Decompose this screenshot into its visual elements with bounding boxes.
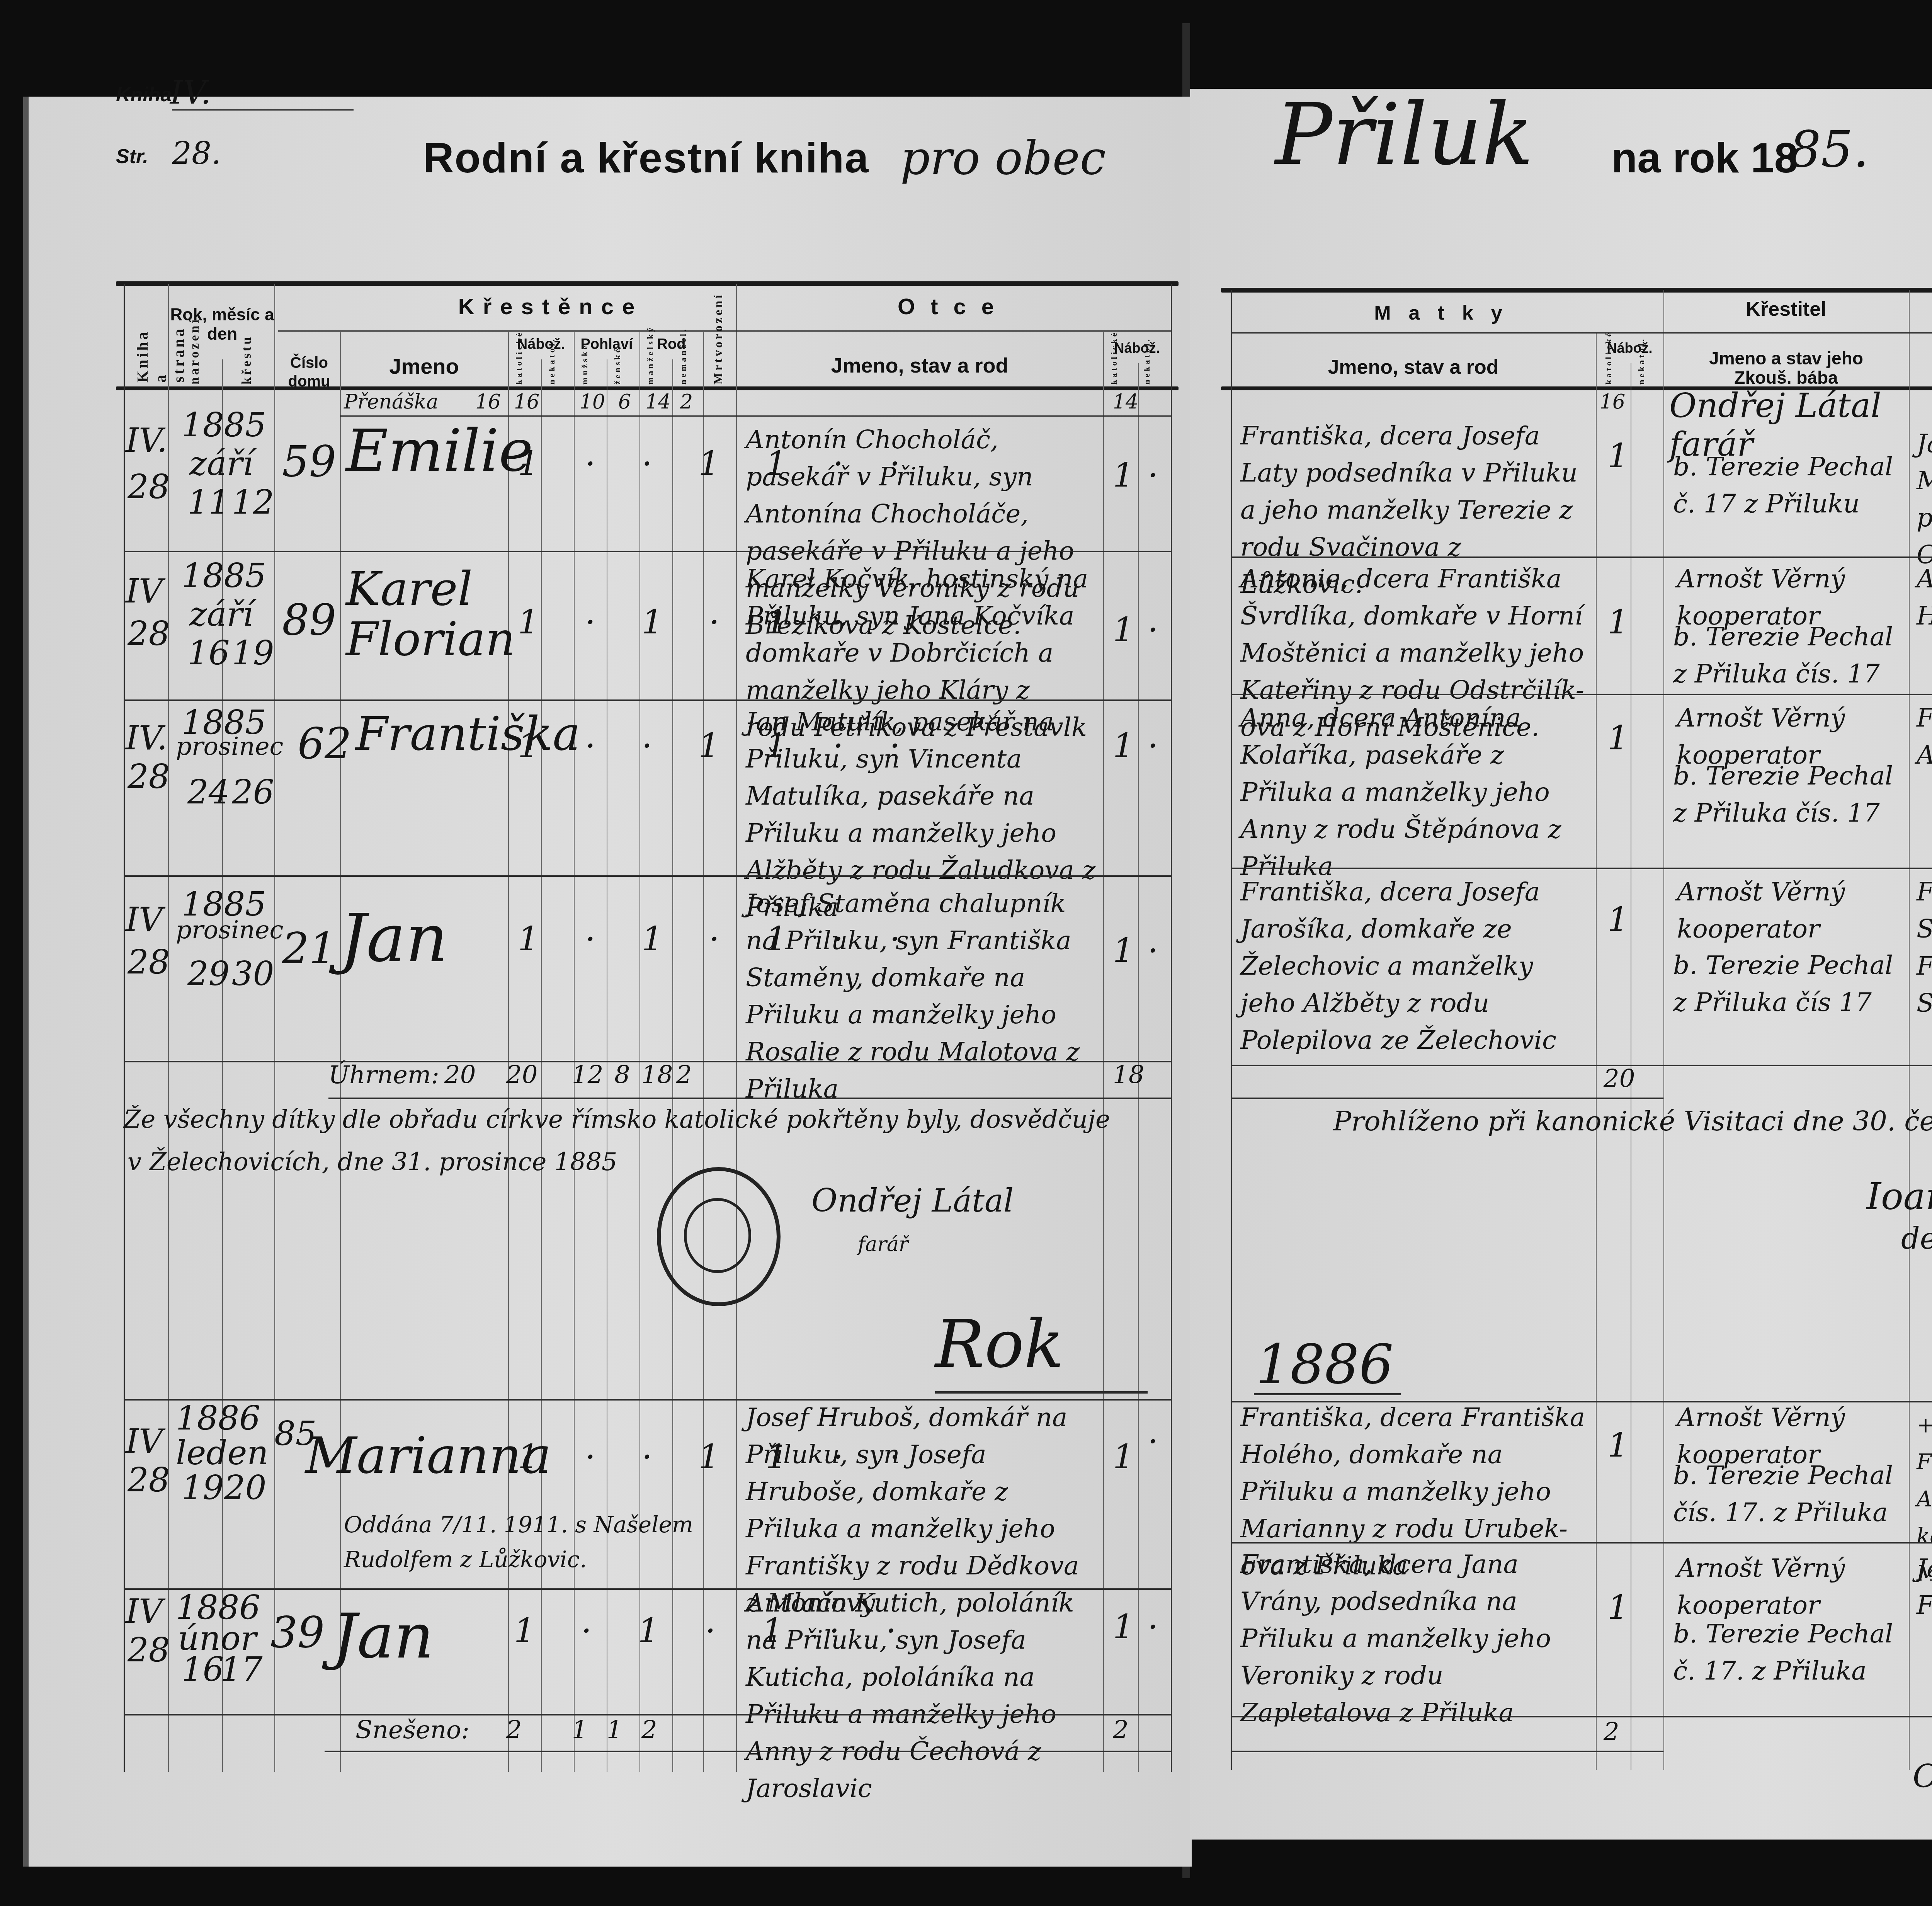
carryover-label: Přenáška — [344, 390, 438, 414]
row-divider — [124, 699, 1171, 701]
row-cislo: 59 — [282, 437, 336, 486]
header-krestitel-jmeno: Jmeno a stav jeho — [1663, 348, 1909, 369]
total-value: 20 — [506, 1061, 537, 1089]
total-label: Úhrnem: — [328, 1061, 439, 1089]
row-strana: 28 — [128, 468, 170, 506]
header-krestence: Křestěnce — [386, 294, 715, 320]
col-line — [1231, 290, 1232, 1770]
row-porodni-baba: b. Terezie Pechal č. 17. z Přiluka — [1673, 1615, 1905, 1690]
row-matka-kat: 1 — [1607, 900, 1629, 939]
attestation-line2: v Želechovicích, dne 31. prosince 1885 — [128, 1148, 617, 1176]
row-rok: 1886 — [176, 1399, 260, 1438]
row-kmotr: Antonín Houžva, Marie — [1917, 560, 1932, 635]
row-kniha: IV — [126, 572, 163, 611]
header-mrtvorozeni: Mrtvorození — [711, 336, 725, 385]
row-porodni-baba: b. Terezie Pechal z Přiluka čís. 17 — [1673, 757, 1905, 832]
row-kmotr: Franc Rychlík, Amalie — [1917, 699, 1932, 774]
col-line — [1171, 284, 1172, 1772]
attestation-line1: Že všechny dítky dle obřadu církve římsk… — [124, 1105, 1175, 1134]
carryover-value: 2 — [680, 390, 693, 414]
row-strana: 28 — [128, 1631, 170, 1669]
carryover-value: 14 — [645, 390, 671, 414]
col-line — [1596, 332, 1597, 1770]
row-otec-kat: 1 — [1113, 456, 1134, 495]
row-cislo: 39 — [270, 1608, 325, 1657]
kniha-underline — [172, 109, 354, 111]
total-rule — [328, 1098, 1171, 1099]
carryover-otce-kat: 14 — [1113, 390, 1138, 414]
header-krestitel: Křestitel — [1663, 298, 1909, 321]
year-underline — [1254, 1393, 1401, 1395]
str-label: Str. — [116, 145, 148, 168]
title-village-prefix: pro obec — [900, 131, 1106, 185]
page-title: Rodní a křestní kniha — [423, 133, 869, 182]
row-rok: 1885 — [182, 556, 266, 595]
row-strana: 28 — [128, 757, 170, 796]
row-krestu: 30 — [232, 955, 274, 993]
carryover-value: 10 — [580, 390, 605, 414]
row-krestu: 20 — [224, 1469, 266, 1507]
kniha-value: IV. — [170, 73, 211, 111]
row-narozeni: 19 — [182, 1469, 224, 1507]
row-divider — [1231, 694, 1932, 695]
row-cislo: 62 — [298, 719, 352, 768]
carryover-value: 6 — [618, 390, 631, 414]
header-muzske: mužské — [580, 363, 590, 385]
row-matka-kat: 1 — [1607, 437, 1629, 475]
row-kniha: IV — [126, 1592, 163, 1631]
row-krestitel: Arnošt Věrný kooperator — [1677, 873, 1901, 948]
row-porodni-baba: b. Terezie Pechal č. 17 z Přiluku — [1673, 448, 1905, 522]
row-cislo: 89 — [282, 595, 336, 645]
carry-forward-rule — [325, 1751, 1171, 1752]
carryover-value: 16 — [514, 390, 539, 414]
visitation-note: Prohlíženo při kanonické Visitaci dne 30… — [1333, 1105, 1932, 1137]
row-divider — [1231, 1065, 1932, 1066]
col-line — [1663, 290, 1664, 1770]
row-kniha: IV. — [126, 421, 167, 460]
year-hand: 85. — [1789, 120, 1869, 179]
total-otce-kat: 18 — [1113, 1061, 1144, 1089]
header-narozeni: narození — [187, 350, 202, 385]
row-strana: 28 — [128, 614, 170, 653]
total-value: 18 — [641, 1061, 673, 1089]
village-name: Přiluk — [1275, 85, 1534, 184]
parish-stamp — [657, 1167, 781, 1306]
header-rok-mesic-den: Rok, měsíc a den — [170, 305, 274, 344]
row-matka: Anna, dcera Antonína Kolaříka, pasekáře … — [1240, 699, 1588, 885]
row-otec-kat: 1 — [1113, 931, 1134, 970]
row-narozeni: 16 — [187, 634, 230, 672]
header-nemanzel: nemanžel. — [678, 363, 688, 385]
row-narozeni: 24 — [187, 773, 230, 812]
carry-forward-value: 1 — [607, 1716, 622, 1744]
carry-forward-rule — [1231, 1751, 1663, 1752]
rok-underline — [935, 1391, 1148, 1394]
header-nekatol: nekatol. — [547, 363, 557, 385]
header-cislo-domu: Číslo domu — [278, 354, 340, 391]
carryover-value: 16 — [475, 390, 501, 414]
row-strana: 28 — [128, 943, 170, 982]
row-kniha: IV. — [126, 719, 167, 757]
carry-forward-value: 1 — [572, 1716, 588, 1744]
col-line — [736, 284, 737, 1772]
row-krestu: 19 — [232, 634, 274, 672]
row-matka-kat: 1 — [1607, 1588, 1629, 1627]
header-katolicke: katolické — [514, 363, 524, 385]
header-krestu: křestu — [240, 350, 254, 385]
row-kniha: IV — [126, 900, 163, 939]
row-otec-nekat: · — [1148, 931, 1158, 970]
col-line — [168, 284, 169, 1772]
row-matka-kat: 1 — [1607, 719, 1629, 757]
pastor-signature: Ondřej Látal — [811, 1183, 1014, 1219]
row-otec: Josef Staměna chalupník na Přiluku, syn … — [746, 885, 1097, 1108]
row-narozeni: 29 — [187, 955, 230, 993]
carryover-matky-kat: 16 — [1600, 390, 1625, 414]
row-otec-kat: 1 — [1113, 611, 1134, 649]
header-otce: Otce — [736, 294, 1171, 320]
header-kmotru: Kmotrův — [1909, 301, 1932, 325]
row-krestu: 12 — [232, 483, 274, 522]
row-otec-kat: 1 — [1113, 727, 1134, 765]
row-otec-kat: 1 — [1113, 1608, 1134, 1646]
row-divider — [124, 551, 1171, 552]
col-line — [274, 284, 275, 1772]
row-cislo: 21 — [282, 924, 336, 973]
row-kmotr: Jan Halda, Františka — [1917, 1550, 1932, 1624]
str-value: 28. — [172, 135, 221, 171]
row-kmotr: František Strnadel, Františka Strnadel — [1917, 873, 1932, 1022]
subheader-rule — [1231, 332, 1932, 334]
row-matka-kat: 1 — [1607, 603, 1629, 642]
carry-forward-otce-kat: 2 — [1113, 1716, 1129, 1744]
header-zenske: ženské — [612, 363, 622, 385]
header-matky-katolicke: katolické — [1604, 363, 1614, 385]
year-printed: na rok 18 — [1611, 133, 1798, 182]
row-narozeni: 16 — [182, 1650, 224, 1689]
row-mesic: prosinec — [176, 732, 283, 761]
row-rok: 1885 — [182, 406, 266, 444]
row-porodni-baba: b. Terezie Pechal z Přiluka čís 17 — [1673, 947, 1905, 1021]
row-mesic: prosinec — [176, 916, 283, 944]
row-matka: Františka, dcera Josefa Jarošíka, domkař… — [1240, 873, 1588, 1059]
dean-title: decanus — [1901, 1221, 1932, 1256]
row-divider — [1231, 868, 1932, 869]
carryover-rule — [340, 415, 1171, 417]
dean-signature: Ioannes Bartoš — [1866, 1175, 1932, 1218]
header-top-rule — [1221, 288, 1932, 293]
row-krestu: 17 — [220, 1650, 262, 1689]
col-line — [340, 332, 341, 1772]
header-otce-jmeno: Jmeno, stav a rod — [736, 354, 1103, 378]
total-matky-kat: 20 — [1604, 1065, 1635, 1093]
row-jmeno: Karel Florian — [346, 564, 508, 665]
carry-forward-matky-kat: 2 — [1604, 1718, 1619, 1746]
row-kmotr: Jan Březík, Marie ... vdova po † Antonín… — [1917, 425, 1932, 574]
row-otec-nekat: · — [1148, 611, 1158, 649]
row-krestitel: Arnošt Věrný kooperator — [1677, 1550, 1901, 1624]
header-top-rule — [116, 281, 1179, 286]
row-otec-nekat: · — [1148, 456, 1158, 495]
row-mesic: září — [189, 444, 253, 483]
row-otec-nekat: · — [1148, 1608, 1158, 1646]
row-otec-nekat: · — [1148, 1422, 1158, 1461]
total-value: 20 — [444, 1061, 476, 1089]
row-matka: Františka, dcera Jana Vrány, podsedníka … — [1240, 1546, 1588, 1731]
total-value: 2 — [676, 1061, 692, 1089]
row-divider — [1231, 1716, 1932, 1717]
row-narozeni: 11 — [187, 483, 230, 522]
header-matky: Matky — [1231, 301, 1663, 325]
header-matky-nekatol: nekatol. — [1636, 363, 1646, 385]
row-divider — [124, 1714, 1171, 1715]
header-manzelsky: manželský — [645, 363, 655, 385]
col-line — [1909, 290, 1910, 1770]
row-matka-kat: 1 — [1607, 1426, 1629, 1465]
row-strana: 28 — [128, 1461, 170, 1499]
row-divider — [1231, 1542, 1932, 1544]
header-zkous-baba: Zkouš. bába — [1663, 367, 1909, 388]
header-kmotr-jmeno: Jmeno — [1909, 357, 1932, 380]
row-kniha: IV — [126, 1422, 163, 1461]
row-jmeno: Jan — [332, 1600, 434, 1672]
header-bottom-rule — [116, 386, 1179, 390]
row-krestu: 26 — [232, 773, 274, 812]
header-otce-nekatol: nekatol. — [1142, 363, 1152, 385]
row-otec: Antonín Kutich, pololáník na Přiluku, sy… — [746, 1584, 1097, 1807]
row-jmeno: Jan — [340, 900, 448, 977]
header-otce-katolicke: katolické — [1109, 363, 1119, 385]
row-marriage-note: Oddána 7/11. 1911. s Našelem Rudolfem z … — [344, 1507, 730, 1577]
row-otec-kat: 1 — [1113, 1438, 1134, 1476]
carry-forward-value: 2 — [506, 1716, 522, 1744]
header-jmeno: Jmeno — [340, 354, 508, 379]
row-otec-nekat: · — [1148, 727, 1158, 765]
header-matky-jmeno: Jmeno, stav a rod — [1231, 356, 1596, 379]
row-mesic: září — [189, 595, 253, 634]
total-value: 8 — [614, 1061, 630, 1089]
year-1886-heading: 1886 — [1256, 1333, 1393, 1396]
rok-heading: Rok — [935, 1306, 1064, 1383]
total-rule — [1231, 1098, 1663, 1099]
pastor-signature-right: Ondřej Látal — [1913, 1758, 1932, 1795]
row-divider — [1231, 556, 1932, 558]
row-divider — [124, 875, 1171, 877]
carry-forward-value: 2 — [641, 1716, 657, 1744]
carry-forward-label: Snešeno: — [355, 1716, 469, 1744]
col-line — [124, 284, 125, 1772]
stamp-inner-ring — [684, 1198, 751, 1273]
pastor-title: farář — [858, 1233, 908, 1256]
total-value: 12 — [572, 1061, 603, 1089]
row-jmeno: Emilie — [346, 417, 533, 485]
row-porodni-baba: b. Terezie Pechal čís. 17. z Přiluka — [1673, 1457, 1905, 1531]
kniha-label: Kniha — [116, 83, 172, 106]
row-jmeno: Marianna — [305, 1426, 551, 1485]
col-line — [1103, 332, 1104, 1772]
row-porodni-baba: b. Terezie Pechal z Přiluka čís. 17 — [1673, 618, 1905, 693]
row-mesic: leden — [176, 1434, 269, 1472]
